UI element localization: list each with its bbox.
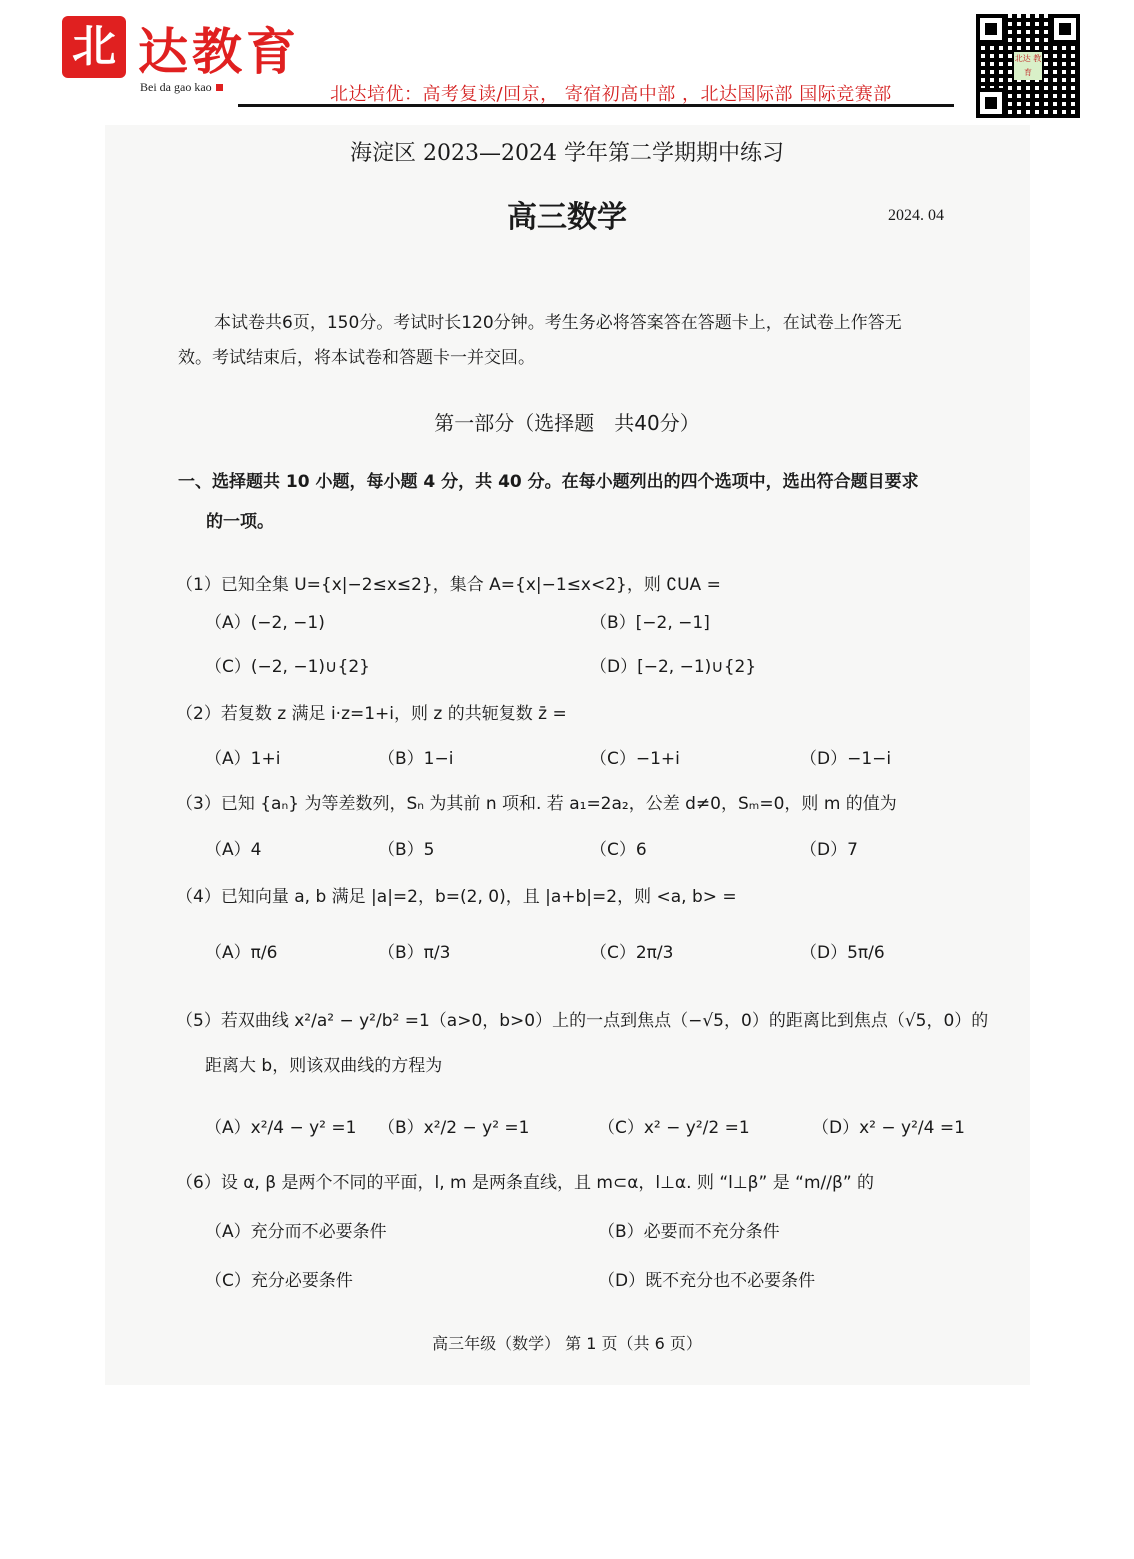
question-1: （1）已知全集 U={x|−2≤x≤2}，集合 A={x|−1≤x<2}，则 ∁… (176, 570, 721, 595)
option-5c: （C）x² − y²/2 =1 (598, 1113, 750, 1138)
notice-line-1: 本试卷共6页，150分。考试时长120分钟。考生务必将答案答在答题卡上，在试卷上… (178, 306, 968, 341)
qr-finder (976, 88, 1006, 118)
logo-subtitle-text: Bei da gao kao (140, 80, 212, 94)
logo-text: 达教育 (138, 12, 300, 84)
option-5a: （A）x²/4 − y² =1 (205, 1113, 356, 1138)
logo-subtitle: Bei da gao kao (140, 80, 223, 95)
option-6a: （A）充分而不必要条件 (205, 1217, 387, 1242)
option-4a: （A）π/6 (205, 938, 277, 963)
option-2a: （A）1+i (205, 744, 280, 769)
question-4: （4）已知向量 a, b 满足 |a|=2，b=(2, 0)，且 |a+b|=2… (176, 882, 737, 907)
qr-finder (976, 14, 1006, 44)
option-4d: （D）5π/6 (800, 938, 885, 963)
option-1d: （D）[−2, −1)∪{2} (590, 652, 756, 677)
option-3d: （D）7 (800, 835, 858, 860)
header-divider (238, 104, 954, 107)
instruction-line-2: 的一项。 (178, 502, 978, 542)
exam-date: 2024. 04 (888, 207, 944, 225)
part-title: 第一部分（选择题 共40分） (0, 407, 1134, 436)
option-2d: （D）−1−i (800, 744, 891, 769)
option-6c: （C）充分必要条件 (205, 1266, 353, 1291)
instruction: 一、选择题共 10 小题，每小题 4 分，共 40 分。在每小题列出的四个选项中… (178, 462, 978, 542)
option-1c: （C）(−2, −1)∪{2} (205, 652, 370, 677)
option-5b: （B）x²/2 − y² =1 (378, 1113, 529, 1138)
header-slogan: 北达培优：高考复读/回京， 寄宿初高中部 ，北达国际部 国际竞赛部 (330, 80, 892, 106)
logo-mark: 北 (62, 16, 126, 78)
question-6: （6）设 α, β 是两个不同的平面，l, m 是两条直线，且 m⊂α，l⊥α.… (176, 1168, 874, 1193)
option-1b: （B）[−2, −1] (590, 608, 710, 633)
option-2b: （B）1−i (378, 744, 453, 769)
question-3: （3）已知 {aₙ} 为等差数列，Sₙ 为其前 n 项和. 若 a₁=2a₂，公… (176, 789, 897, 814)
option-6b: （B）必要而不充分条件 (598, 1217, 780, 1242)
option-6d: （D）既不充分也不必要条件 (598, 1266, 815, 1291)
option-2c: （C）−1+i (590, 744, 680, 769)
question-5: （5）若双曲线 x²/a² − y²/b² =1（a>0，b>0）上的一点到焦点… (176, 1006, 988, 1031)
notice-line-2: 效。考试结束后，将本试卷和答题卡一并交回。 (178, 341, 968, 376)
exam-title: 海淀区 2023—2024 学年第二学期期中练习 (0, 136, 1134, 167)
qr-code-icon: 北达 教育 (976, 14, 1080, 118)
question-2: （2）若复数 z 满足 i·z=1+i，则 z 的共轭复数 z̄ = (176, 699, 567, 724)
instruction-line-1: 一、选择题共 10 小题，每小题 4 分，共 40 分。在每小题列出的四个选项中… (178, 462, 978, 502)
qr-finder (1050, 14, 1080, 44)
option-3c: （C）6 (590, 835, 647, 860)
qr-logo: 北达 教育 (1014, 52, 1042, 80)
option-4b: （B）π/3 (378, 938, 450, 963)
option-3b: （B）5 (378, 835, 434, 860)
square-icon (216, 84, 223, 91)
question-5-line-2: 距离大 b，则该双曲线的方程为 (205, 1051, 442, 1076)
option-1a: （A）(−2, −1) (205, 608, 325, 633)
option-3a: （A）4 (205, 835, 261, 860)
page-footer: 高三年级（数学） 第 1 页（共 6 页） (0, 1331, 1134, 1354)
option-4c: （C）2π/3 (590, 938, 673, 963)
exam-subject: 高三数学 (0, 192, 1134, 236)
option-5d: （D）x² − y²/4 =1 (812, 1113, 965, 1138)
